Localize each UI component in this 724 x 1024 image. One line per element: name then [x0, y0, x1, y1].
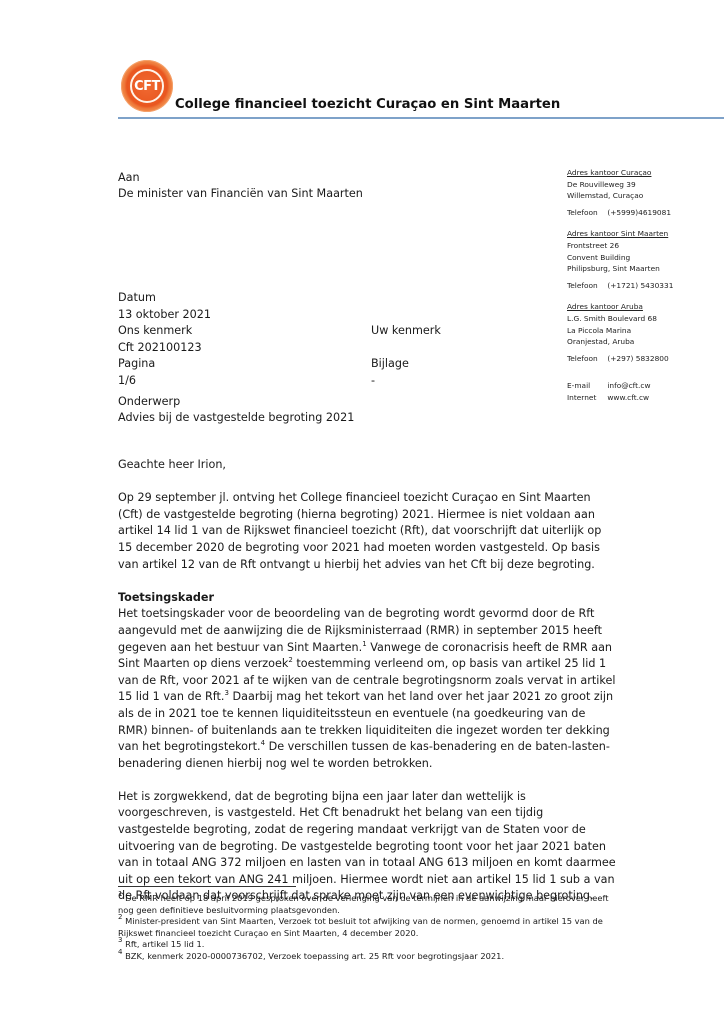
- footnote-1: 1 De RMR heeft op 18 april 2019 gesproke…: [118, 893, 618, 916]
- address-line: Frontstreet 26: [567, 240, 717, 252]
- phone-number: (+1721) 5430331: [607, 281, 673, 290]
- date-label: Datum: [118, 290, 371, 307]
- address-line: Philipsburg, Sint Maarten: [567, 263, 717, 275]
- footnote-number: 2: [118, 913, 122, 921]
- salutation: Geachte heer Irion,: [118, 457, 618, 474]
- footnote-number: 4: [118, 948, 122, 956]
- attachment-label: Bijlage: [371, 356, 551, 373]
- phone-row: Telefoon (+1721) 5430331: [567, 280, 717, 292]
- office-title: Adres kantoor Curaçao: [567, 167, 717, 179]
- internet-label: Internet: [567, 392, 605, 404]
- cft-logo: CFT: [121, 60, 173, 112]
- letter-body: Geachte heer Irion, Op 29 september jl. …: [118, 457, 618, 922]
- address-line: De Rouvilleweg 39: [567, 179, 717, 191]
- office-sint-maarten: Adres kantoor Sint Maarten Frontstreet 2…: [567, 228, 717, 291]
- footnote-divider: [118, 886, 296, 887]
- website-link[interactable]: www.cft.cw: [607, 393, 649, 402]
- your-ref-label: Uw kenmerk: [371, 323, 551, 340]
- footnote-text: BZK, kenmerk 2020-0000736702, Verzoek to…: [125, 951, 504, 961]
- recipient-name: De minister van Financiën van Sint Maart…: [118, 186, 363, 202]
- phone-row: Telefoon (+5999)4619081: [567, 207, 717, 219]
- email-label: E-mail: [567, 380, 605, 392]
- address-line: Oranjestad, Aruba: [567, 336, 717, 348]
- subject-label: Onderwerp: [118, 394, 354, 410]
- recipient-block: Aan De minister van Financiën van Sint M…: [118, 170, 363, 202]
- letter-metadata: Datum 13 oktober 2021 Ons kenmerk Uw ken…: [118, 290, 558, 389]
- phone-label: Telefoon: [567, 207, 605, 219]
- contact-block: E-mail info@cft.cw Internet www.cft.cw: [567, 380, 717, 403]
- office-curacao: Adres kantoor Curaçao De Rouvilleweg 39 …: [567, 167, 717, 218]
- footnote-number: 3: [118, 936, 122, 944]
- footnote-4: 4 BZK, kenmerk 2020-0000736702, Verzoek …: [118, 951, 618, 963]
- header-divider: [118, 117, 724, 119]
- page-label: Pagina: [118, 356, 371, 373]
- footnote-text: Rft, artikel 15 lid 1.: [125, 939, 204, 949]
- address-line: Willemstad, Curaçao: [567, 190, 717, 202]
- footnote-text: De RMR heeft op 18 april 2019 gesproken …: [118, 893, 609, 915]
- section-heading: Toetsingskader: [118, 590, 618, 607]
- attachment-value: -: [371, 373, 551, 390]
- address-line: Convent Building: [567, 252, 717, 264]
- logo-text: CFT: [130, 69, 164, 103]
- phone-label: Telefoon: [567, 280, 605, 292]
- toetsingskader-section: Toetsingskader Het toetsingskader voor d…: [118, 590, 618, 773]
- office-title: Adres kantoor Sint Maarten: [567, 228, 717, 240]
- footnote-3: 3 Rft, artikel 15 lid 1.: [118, 939, 618, 951]
- recipient-label: Aan: [118, 170, 363, 186]
- phone-row: Telefoon (+297) 5832800: [567, 353, 717, 365]
- subject-block: Onderwerp Advies bij de vastgestelde beg…: [118, 394, 354, 426]
- footnote-number: 1: [118, 890, 122, 898]
- page-value: 1/6: [118, 373, 371, 390]
- address-line: L.G. Smith Boulevard 68: [567, 313, 717, 325]
- office-aruba: Adres kantoor Aruba L.G. Smith Boulevard…: [567, 301, 717, 364]
- our-ref-value: Cft 202100123: [118, 340, 371, 357]
- letter-page: CFT College financieel toezicht Curaçao …: [0, 0, 724, 1024]
- concern-paragraph: Het is zorgwekkend, dat de begroting bij…: [118, 789, 618, 905]
- date-value: 13 oktober 2021: [118, 307, 371, 324]
- section-paragraph: Het toetsingskader voor de beoordeling v…: [118, 606, 618, 772]
- office-addresses: Adres kantoor Curaçao De Rouvilleweg 39 …: [567, 167, 717, 404]
- your-ref-value: [371, 340, 551, 357]
- email-row: E-mail info@cft.cw: [567, 380, 717, 392]
- phone-number: (+297) 5832800: [607, 354, 668, 363]
- office-title: Adres kantoor Aruba: [567, 301, 717, 313]
- footnotes: 1 De RMR heeft op 18 april 2019 gesproke…: [118, 893, 618, 963]
- email-link[interactable]: info@cft.cw: [607, 381, 650, 390]
- organization-title: College financieel toezicht Curaçao en S…: [175, 97, 560, 112]
- footnote-2: 2 Minister-president van Sint Maarten, V…: [118, 916, 618, 939]
- phone-number: (+5999)4619081: [607, 208, 671, 217]
- address-line: La Piccola Marina: [567, 325, 717, 337]
- subject-text: Advies bij de vastgestelde begroting 202…: [118, 410, 354, 426]
- our-ref-label: Ons kenmerk: [118, 323, 371, 340]
- phone-label: Telefoon: [567, 353, 605, 365]
- footnote-text: Minister-president van Sint Maarten, Ver…: [118, 916, 603, 938]
- intro-paragraph: Op 29 september jl. ontving het College …: [118, 490, 618, 573]
- internet-row: Internet www.cft.cw: [567, 392, 717, 404]
